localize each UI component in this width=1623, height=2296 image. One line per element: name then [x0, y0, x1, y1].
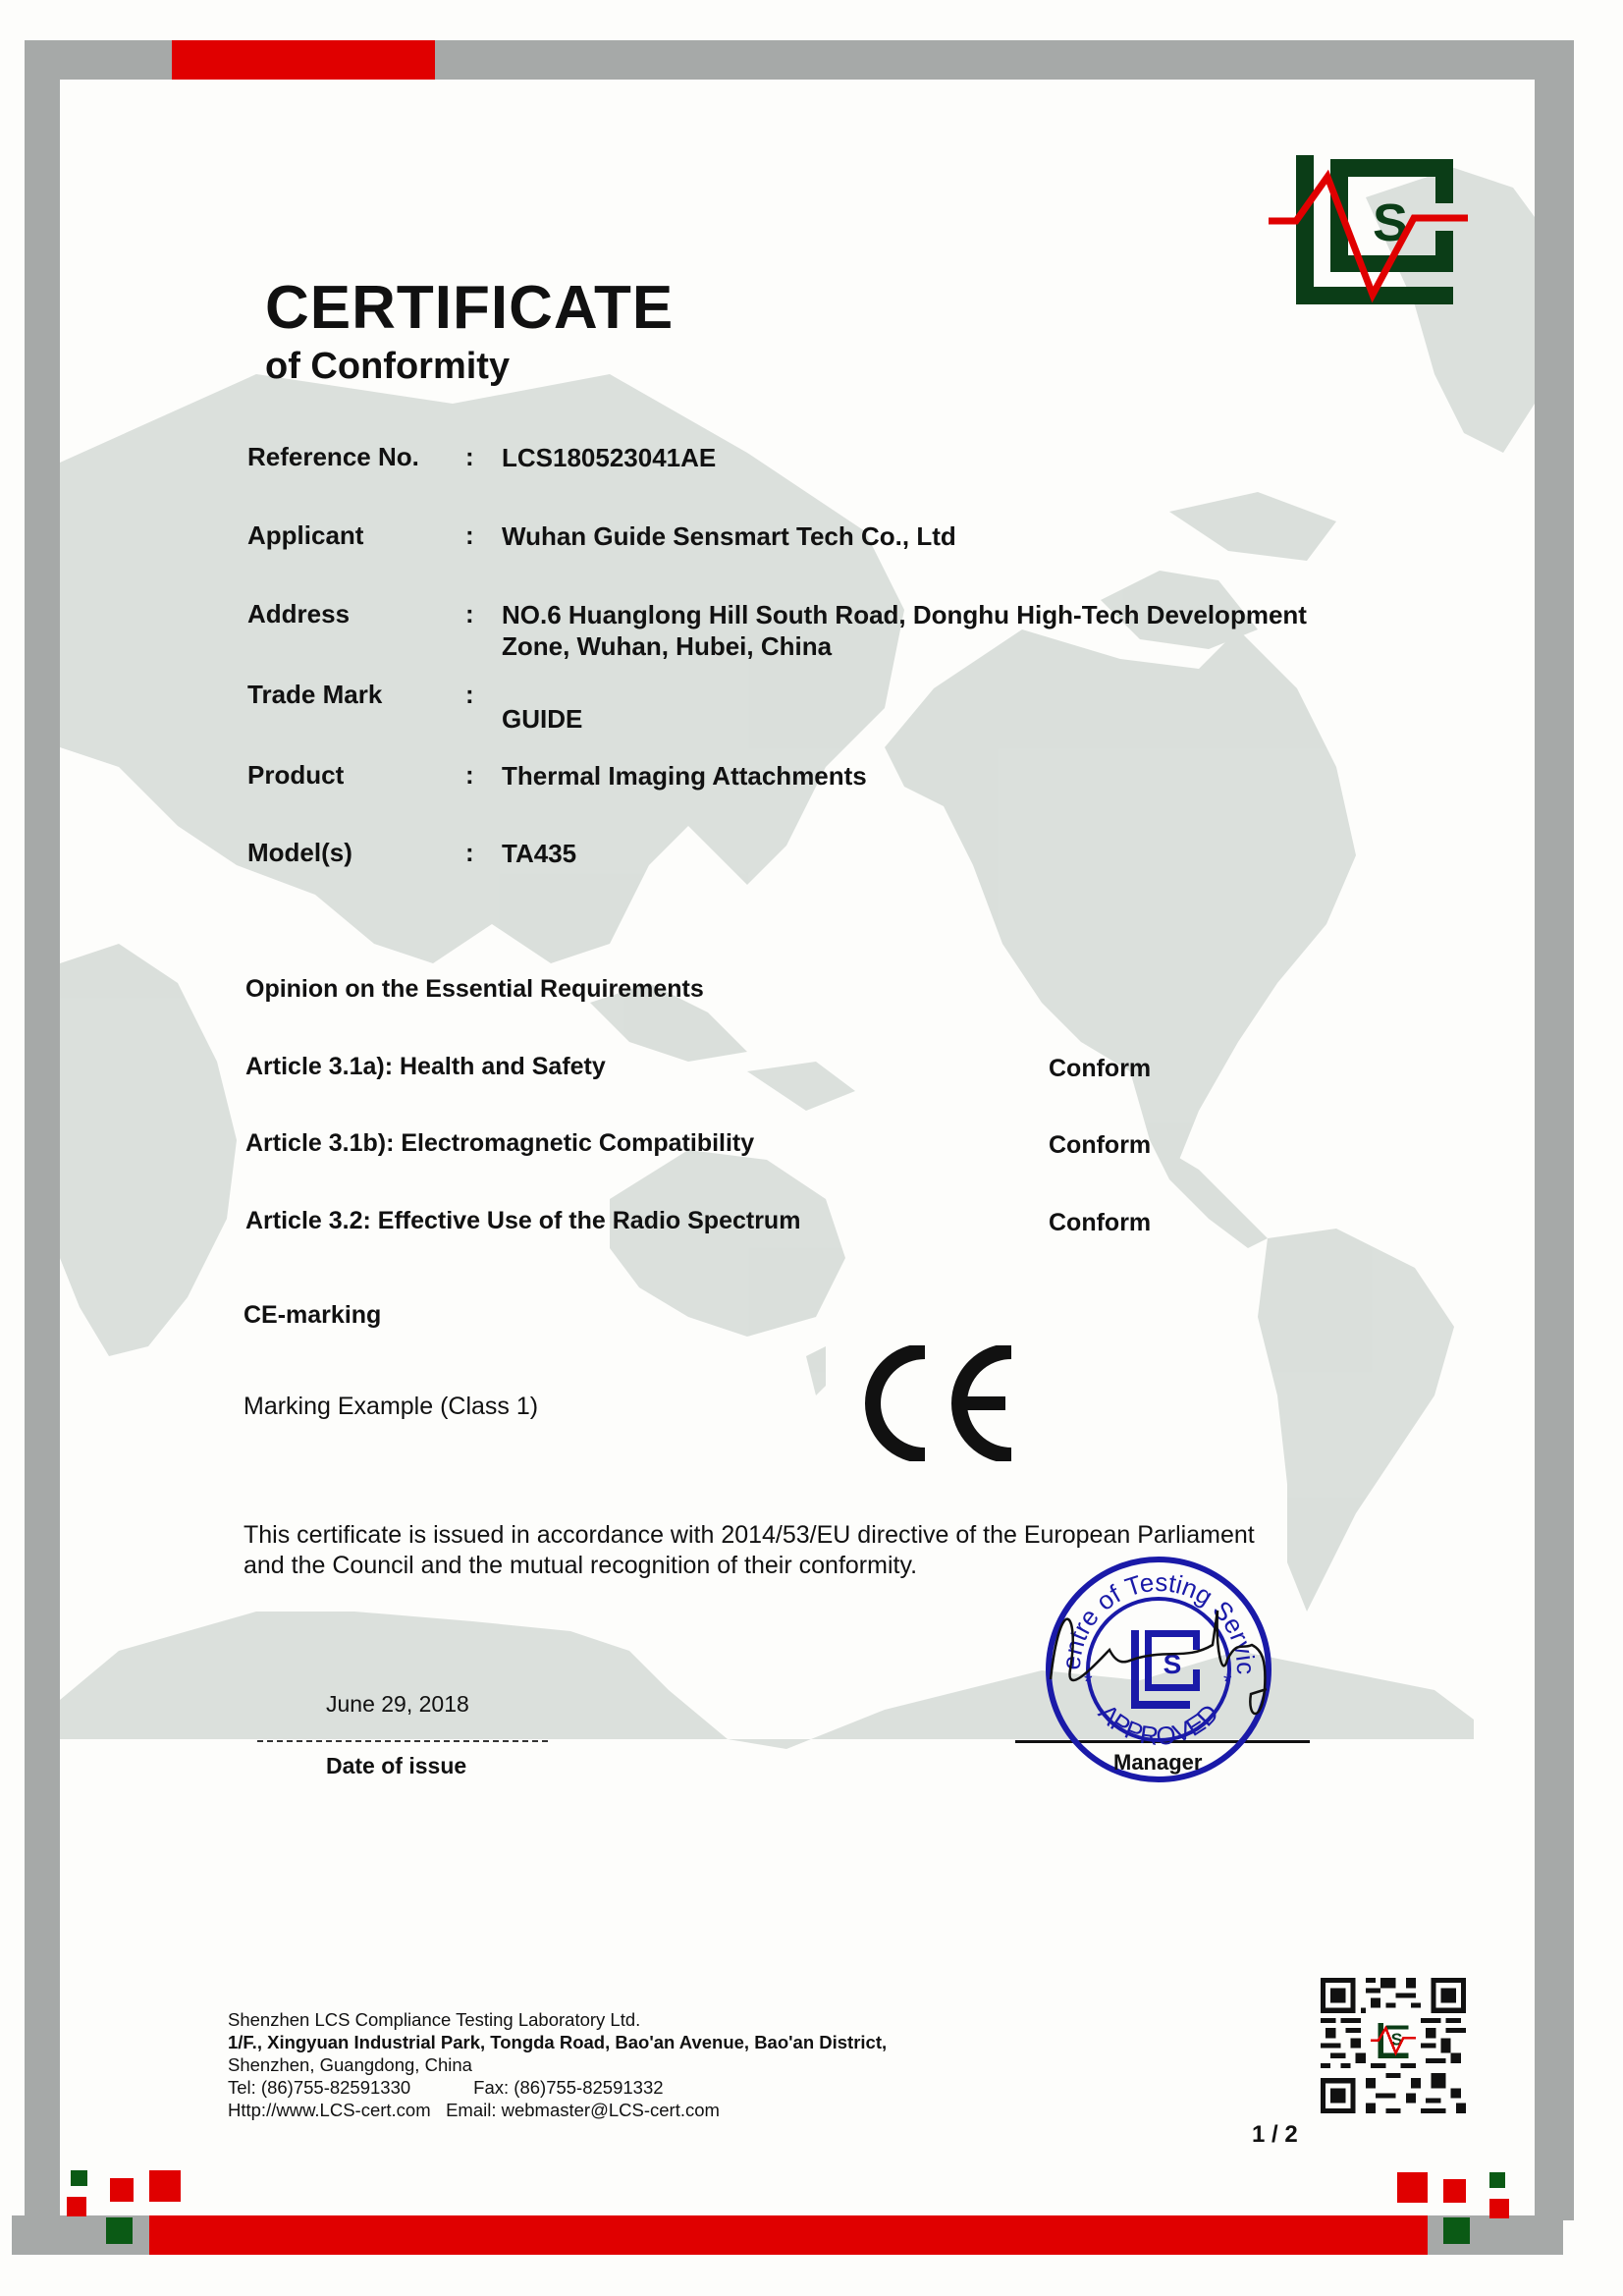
- field-label: Applicant: [247, 520, 363, 551]
- frame-right-bar: [1535, 40, 1574, 2220]
- field-colon: :: [465, 599, 474, 629]
- article-result: Conform: [1049, 1131, 1151, 1160]
- green-square: [106, 2217, 133, 2244]
- lab-tel: Tel: (86)755-82591330: [228, 2077, 410, 2098]
- certificate-title: CERTIFICATE: [265, 273, 674, 343]
- article-name: Article 3.1b): Electromagnetic Compatibi…: [245, 1129, 754, 1158]
- field-label: Reference No.: [247, 442, 419, 472]
- red-square: [1489, 2199, 1509, 2218]
- lcs-logo-icon: S: [1267, 147, 1492, 314]
- article-result: Conform: [1049, 1209, 1151, 1237]
- field-colon: :: [465, 442, 474, 472]
- issue-date-label: Date of issue: [326, 1753, 466, 1779]
- address-line-2: Zone, Wuhan, Hubei, China: [502, 631, 832, 661]
- field-value: Thermal Imaging Attachments: [502, 760, 867, 792]
- field-label: Address: [247, 599, 350, 629]
- field-colon: :: [465, 838, 474, 868]
- green-square: [1443, 2217, 1470, 2244]
- lab-fax: Fax: (86)755-82591332: [473, 2077, 663, 2098]
- lab-address-line-2: Shenzhen, Guangdong, China: [228, 2053, 887, 2076]
- statement-line-2: and the Council and the mutual recogniti…: [243, 1552, 917, 1579]
- statement-line-1: This certificate is issued in accordance…: [243, 1521, 1255, 1549]
- red-square: [1397, 2172, 1428, 2203]
- field-value: TA435: [502, 838, 576, 869]
- field-value: LCS180523041AE: [502, 442, 716, 473]
- ce-mark-icon: [864, 1345, 1021, 1461]
- red-square: [110, 2178, 134, 2202]
- signer-title: Manager: [1113, 1750, 1202, 1776]
- lab-web-email: Http://www.LCS-cert.com Email: webmaster…: [228, 2099, 887, 2121]
- lab-company-name: Shenzhen LCS Compliance Testing Laborato…: [228, 2008, 887, 2031]
- page-number: 1 / 2: [1252, 2121, 1298, 2149]
- ce-marking-heading: CE-marking: [243, 1301, 381, 1330]
- lab-contact-block: Shenzhen LCS Compliance Testing Laborato…: [228, 2008, 887, 2121]
- green-square: [1489, 2172, 1505, 2188]
- lab-email-link[interactable]: Email: webmaster@LCS-cert.com: [446, 2100, 720, 2120]
- lab-address-line-1: 1/F., Xingyuan Industrial Park, Tongda R…: [228, 2031, 887, 2053]
- green-square: [71, 2170, 87, 2186]
- address-line-1: NO.6 Huanglong Hill South Road, Donghu H…: [502, 600, 1307, 629]
- field-label: Model(s): [247, 838, 352, 868]
- ce-marking-example-label: Marking Example (Class 1): [243, 1393, 538, 1421]
- field-value: Wuhan Guide Sensmart Tech Co., Ltd: [502, 520, 956, 552]
- certificate-subtitle: of Conformity: [265, 346, 510, 388]
- field-colon: :: [465, 760, 474, 791]
- article-name: Article 3.1a): Health and Safety: [245, 1053, 606, 1081]
- frame-bottom-red-accent: [149, 2215, 1428, 2255]
- red-square: [67, 2197, 86, 2216]
- field-colon: :: [465, 520, 474, 551]
- field-label: Trade Mark: [247, 680, 382, 710]
- svg-text:*: *: [1223, 1669, 1232, 1694]
- date-divider: [257, 1740, 548, 1742]
- qr-code-icon: S: [1321, 1978, 1466, 2113]
- lab-phone-fax: Tel: (86)755-82591330Fax: (86)755-825913…: [228, 2076, 887, 2099]
- issue-date: June 29, 2018: [326, 1691, 469, 1718]
- red-square: [1443, 2179, 1466, 2203]
- red-square: [149, 2170, 181, 2202]
- field-label: Product: [247, 760, 344, 791]
- article-result: Conform: [1049, 1055, 1151, 1083]
- frame-top-red-accent: [172, 40, 435, 80]
- opinion-heading: Opinion on the Essential Requirements: [245, 975, 704, 1004]
- field-value: NO.6 Huanglong Hill South Road, Donghu H…: [502, 599, 1307, 662]
- field-colon: :: [465, 680, 474, 710]
- article-name: Article 3.2: Effective Use of the Radio …: [245, 1207, 800, 1235]
- frame-left-bar: [25, 40, 60, 2220]
- field-value: GUIDE: [502, 703, 582, 735]
- lab-website-link[interactable]: Http://www.LCS-cert.com: [228, 2100, 431, 2120]
